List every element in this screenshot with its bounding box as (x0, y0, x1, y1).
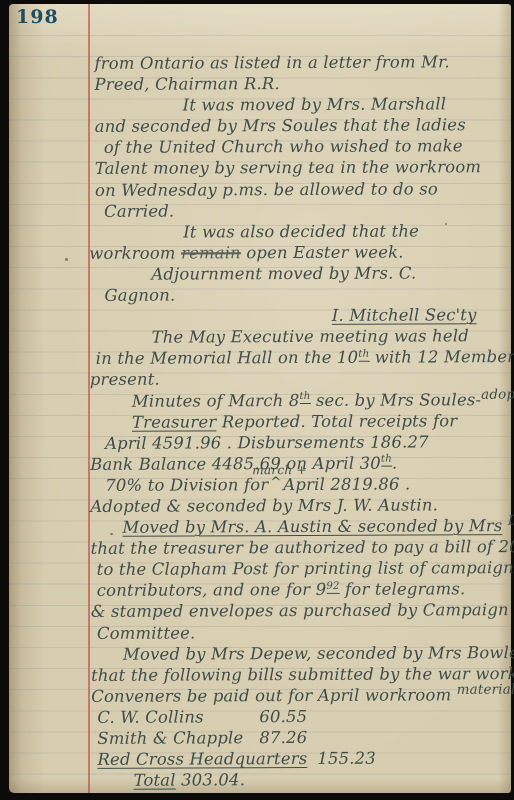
caret-mark: ^ (270, 472, 281, 493)
line-text: sec. by Mrs Soules- (310, 390, 481, 410)
page-number: 198 (16, 6, 59, 28)
bill-row: Red Cross Headquarters155.23 (97, 747, 504, 770)
handwritten-line: Moved by Mrs Depew, seconded by Mrs Bowl… (97, 642, 504, 665)
bill-row: Smith & Chapple87.26 (97, 726, 504, 749)
line-text: that the treasurer be authorized to pay … (91, 537, 514, 558)
handwritten-line: It was also decided that the (95, 220, 502, 243)
struck-word: remain (181, 243, 241, 262)
bill-payee: Red Cross Headquarters (97, 748, 307, 770)
handwritten-line: workroom remain open Easter week. (89, 241, 502, 264)
handwritten-line: Carried. (95, 199, 502, 222)
ordinal-suffix: th (381, 454, 392, 467)
bill-row: C. W. Collins60.55 (97, 705, 504, 728)
total-amount: 303.04. (176, 770, 245, 789)
bills-total-line: Total 303.04. (98, 768, 505, 791)
ordinal-suffix: th (358, 349, 369, 362)
handwritten-line: of the United Church who wished to make (95, 135, 502, 158)
ordinal-suffix: th (299, 391, 310, 404)
raised-word: Depew (508, 513, 514, 528)
scanned-minutes-photo: 198 from Ontario as listed in a letter f… (0, 0, 514, 800)
line-text: Reported. Total receipts for (216, 411, 457, 431)
handwritten-line: Preed, Chairman R.R. (94, 72, 501, 95)
handwritten-line: Minutes of March 8th sec. by Mrs Soules-… (96, 389, 503, 412)
handwritten-line: present. (90, 368, 503, 391)
line-text: with 12 Members (369, 347, 514, 367)
handwritten-line: in the Memorial Hall on the 10th with 12… (96, 346, 503, 369)
line-text: contributors, and one for 9 (97, 580, 327, 600)
signature-text: I. Mitchell Sec'ty (332, 305, 477, 325)
bill-amount: 60.55 (259, 707, 307, 726)
handwritten-line: Talent money by serving tea in the workr… (95, 157, 502, 180)
line-text: Conveners be paid out for April workroom (91, 685, 457, 706)
line-text: in the Memorial Hall on the 10 (96, 348, 359, 368)
bill-payee: C. W. Collins (97, 706, 249, 728)
bill-payee: Smith & Chapple (97, 727, 249, 749)
total-label: Total (134, 771, 176, 790)
handwritten-line: to the Clapham Post for printing list of… (97, 557, 504, 580)
bill-amount: 155.23 (317, 749, 376, 768)
cents-superscript: 92 (326, 581, 339, 594)
raised-word: material. (457, 682, 514, 697)
handwritten-line: Moved by Mrs. A. Austin & seconded by Mr… (96, 515, 503, 538)
raised-word: adopted (481, 387, 514, 402)
handwritten-line: from Ontario as listed in a letter from … (94, 51, 501, 74)
line-text: Minutes of March 8 (132, 391, 300, 411)
handwritten-line: Conveners be paid out for April workroom… (91, 684, 504, 707)
handwritten-line: The May Executive meeting was held (96, 325, 503, 348)
line-text: 70% to Division for (105, 475, 268, 495)
handwritten-line: Treasurer Reported. Total receipts for (96, 410, 503, 433)
handwritten-line: 70% to Division formarch +^April 2819.86… (96, 473, 503, 496)
line-text: workroom (89, 243, 181, 262)
handwritten-line: that the following bills submitted by th… (91, 663, 504, 686)
ledger-paper-page: 198 from Ontario as listed in a letter f… (9, 4, 511, 793)
paper-speck (65, 258, 68, 261)
handwritten-line: It was moved by Mrs. Marshall (95, 93, 502, 116)
handwritten-line: and seconded by Mrs Soules that the ladi… (95, 114, 502, 137)
handwritten-line: Adjournment moved by Mrs. C. (95, 262, 502, 285)
line-text: open Easter week. (241, 242, 404, 262)
handwritten-line: on Wednesday p.ms. be allowed to do so (95, 178, 502, 201)
handwritten-line: contributors, and one for 992 for telegr… (97, 578, 504, 601)
bill-amount: 87.26 (259, 728, 307, 747)
underlined-word: Treasurer (132, 412, 216, 431)
handwritten-line: Adopted & seconded by Mrs J. W. Austin. (90, 494, 503, 517)
secretary-signature: I. Mitchell Sec'ty (95, 304, 502, 327)
handwritten-line: Gagnon. (95, 283, 502, 306)
handwritten-line: that the treasurer be authorized to pay … (91, 536, 504, 559)
handwritten-line: April 4591.96 . Disbursements 186.27 (96, 431, 503, 454)
handwritten-line: & stamped envelopes as purchased by Camp… (91, 600, 504, 623)
red-margin-line (88, 4, 90, 793)
line-text: Bank Balance 4485.69 on April 30 (90, 453, 381, 473)
underlined-motion: Moved by Mrs. A. Austin & seconded by Mr… (122, 516, 502, 537)
line-text: . (392, 453, 398, 472)
handwritten-minutes-text: from Ontario as listed in a letter from … (94, 51, 504, 791)
line-text: for telegrams. (340, 580, 466, 600)
handwritten-line: Committee. (97, 621, 504, 644)
